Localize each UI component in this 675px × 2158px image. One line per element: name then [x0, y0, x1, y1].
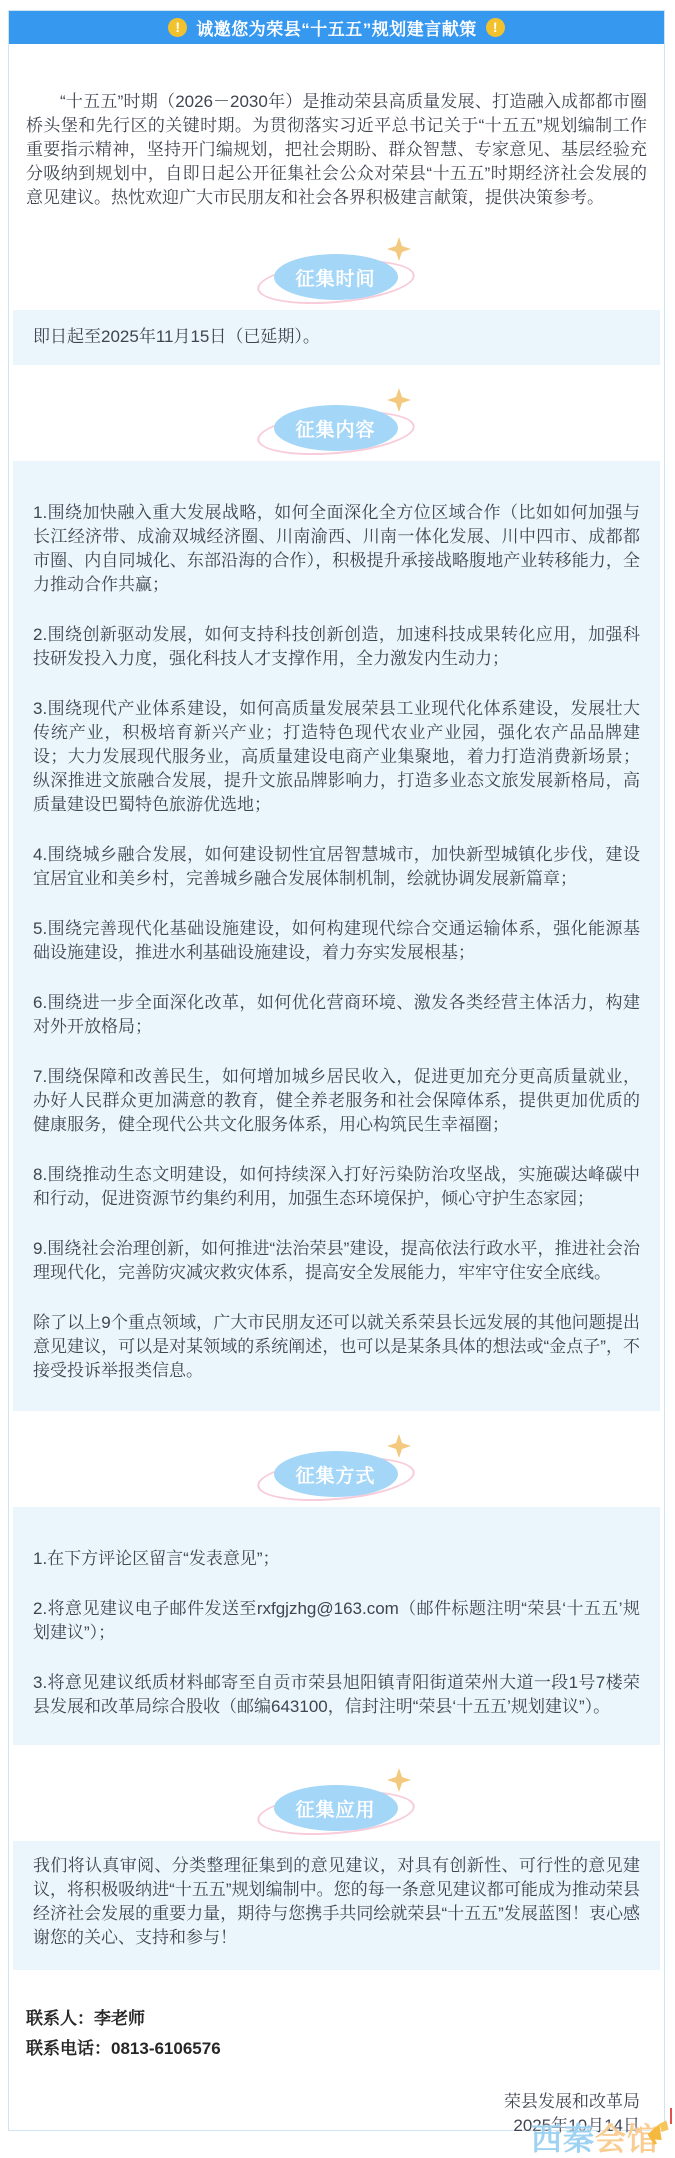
method-box: 1.在下方评论区留言“发表意见”； 2.将意见建议电子邮件发送至rxfgjzhg…	[13, 1507, 660, 1745]
list-item: 7.围绕保障和改善民生，如何增加城乡居民收入，促进更加充分更高质量就业，办好人民…	[33, 1065, 640, 1137]
sparkle-icon	[387, 237, 411, 261]
list-item: 5.围绕完善现代化基础设施建设，如何构建现代综合交通运输体系，强化能源基础设施建…	[33, 917, 640, 965]
contact-block: 联系人：李老师 联系电话：0813-6106576	[26, 2004, 647, 2064]
pill-bubble: 征集方式	[274, 1451, 398, 1497]
sparkle-icon	[387, 1768, 411, 1792]
list-item: 2.围绕创新驱动发展，如何支持科技创新创造，加速科技成果转化应用，加强科技研发投…	[33, 623, 640, 671]
paragraph: 即日起至2025年11月15日（已延期）。	[33, 325, 640, 349]
paragraph: 我们将认真审阅、分类整理征集到的意见建议，对具有创新性、可行性的意见建议，将积极…	[33, 1854, 640, 1950]
page-title: 诚邀您为荣县“十五五”规划建言献策	[196, 15, 477, 40]
alert-icon: !	[168, 18, 187, 37]
section-title: 征集应用	[295, 1795, 375, 1822]
contact-person: 联系人：李老师	[26, 2004, 647, 2034]
content-box: 1.围绕加快融入重大发展战略，如何全面深化全方位区域合作（比如如何加强与长江经济…	[13, 461, 660, 1411]
section-title: 征集方式	[295, 1461, 375, 1488]
list-item: 2.将意见建议电子邮件发送至rxfgjzhg@163.com（邮件标题注明“荣县…	[33, 1597, 640, 1645]
section-badge-method: 征集方式	[255, 1449, 419, 1501]
article-container: ! 诚邀您为荣县“十五五”规划建言献策 ! “十五五”时期（2026－2030年…	[8, 10, 665, 2131]
intro-paragraph: “十五五”时期（2026－2030年）是推动荣县高质量发展、打造融入成都都市圈桥…	[26, 90, 647, 210]
list-item: 6.围绕进一步全面深化改革，如何优化营商环境、激发各类经营主体活力，构建对外开放…	[33, 991, 640, 1039]
sparkle-icon	[387, 1434, 411, 1458]
section-title: 征集内容	[295, 415, 375, 442]
section-badge-content: 征集内容	[255, 403, 419, 455]
application-box: 我们将认真审阅、分类整理征集到的意见建议，对具有创新性、可行性的意见建议，将积极…	[13, 1841, 660, 1970]
list-item: 9.围绕社会治理创新，如何推进“法治荣县”建设，提高依法行政水平，推进社会治理现…	[33, 1237, 640, 1285]
sparkle-icon	[387, 388, 411, 412]
section-badge-time: 征集时间	[255, 252, 419, 304]
megaphone-icon	[643, 2118, 671, 2146]
pill-bubble: 征集时间	[274, 254, 398, 300]
list-item: 1.围绕加快融入重大发展战略，如何全面深化全方位区域合作（比如如何加强与长江经济…	[33, 501, 640, 597]
watermark-logo: 西秦会馆	[531, 2114, 671, 2158]
list-item: 8.围绕推动生态文明建设，如何持续深入打好污染防治攻坚战，实施碳达峰碳中和行动，…	[33, 1163, 640, 1211]
pill-bubble: 征集内容	[274, 405, 398, 451]
red-accent-line	[670, 2108, 672, 2124]
closing-note: 除了以上9个重点领域，广大市民朋友还可以就关系荣县长远发展的其他问题提出意见建议…	[33, 1311, 640, 1383]
list-item: 3.围绕现代产业体系建设，如何高质量发展荣县工业现代化体系建设，发展壮大传统产业…	[33, 697, 640, 817]
signature-org: 荣县发展和改革局	[33, 2090, 640, 2114]
section-title: 征集时间	[295, 264, 375, 291]
time-box: 即日起至2025年11月15日（已延期）。	[13, 310, 660, 365]
section-badge-application: 征集应用	[255, 1783, 419, 1835]
page-banner: ! 诚邀您为荣县“十五五”规划建言献策 !	[9, 11, 664, 44]
list-item: 4.围绕城乡融合发展，如何建设韧性宜居智慧城市，加快新型城镇化步伐，建设宜居宜业…	[33, 843, 640, 891]
list-item: 3.将意见建议纸质材料邮寄至自贡市荣县旭阳镇青阳街道荣州大道一段1号7楼荣县发展…	[33, 1671, 640, 1719]
contact-phone: 联系电话：0813-6106576	[26, 2034, 647, 2064]
list-item: 1.在下方评论区留言“发表意见”；	[33, 1547, 640, 1571]
alert-icon: !	[486, 18, 505, 37]
watermark-text-blue: 西秦	[531, 2114, 595, 2158]
pill-bubble: 征集应用	[274, 1785, 398, 1831]
